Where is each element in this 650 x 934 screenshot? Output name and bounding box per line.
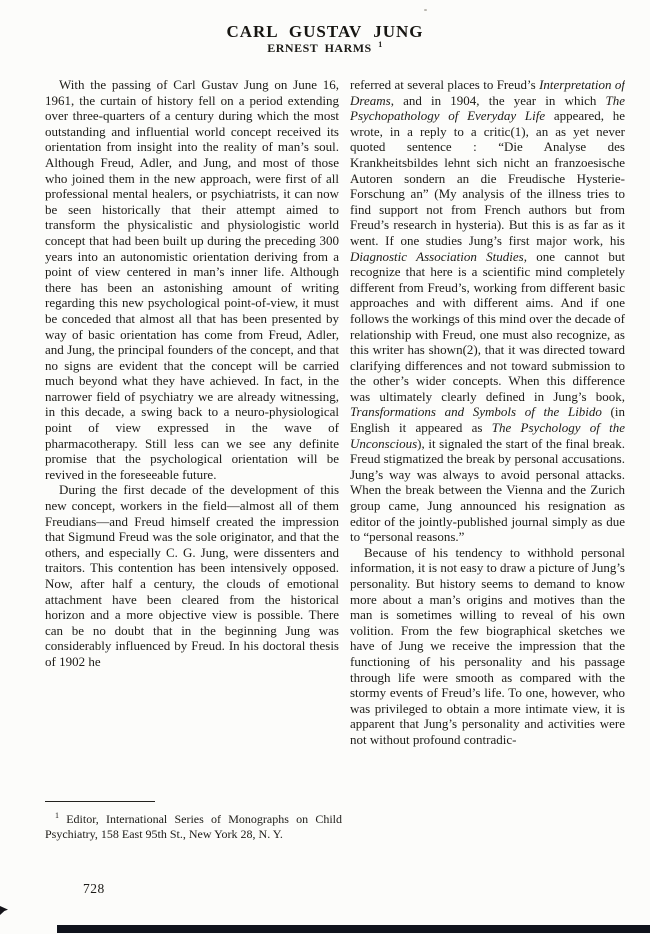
italic-text-run: Diagnostic Association Studies (350, 249, 524, 264)
text-run: With the passing of Carl Gustav Jung on … (45, 77, 339, 482)
paragraph: With the passing of Carl Gustav Jung on … (45, 77, 339, 482)
footnote-text: Editor, International Series of Monograp… (45, 812, 342, 841)
paragraph: referred at several places to Freud’s In… (350, 77, 625, 545)
paragraph: During the first decade of the developme… (45, 482, 339, 669)
text-run: Because of his tendency to withhold pers… (350, 545, 625, 747)
paragraph: Because of his tendency to withhold pers… (350, 545, 625, 748)
footnote: 1 Editor, International Series of Monogr… (45, 809, 342, 841)
italic-text-run: Transformations and Symbols of the Libid… (350, 404, 602, 419)
scan-artifact-mark (0, 906, 8, 915)
text-run: During the first decade of the developme… (45, 482, 339, 669)
footnote-marker: 1 (55, 811, 59, 820)
scan-artifact-bar (57, 925, 650, 933)
text-column-left: With the passing of Carl Gustav Jung on … (45, 77, 339, 798)
text-run: appeared, he wrote, in a reply to a crit… (350, 108, 625, 248)
text-run: , one cannot but recognize that here is … (350, 249, 625, 404)
text-run: ), it signaled the start of the final br… (350, 436, 625, 545)
author-footnote-marker: 1 (378, 40, 383, 49)
author-byline: ERNEST HARMS 1 (0, 40, 650, 56)
text-run: referred at several places to Freud’s (350, 77, 539, 92)
author-name: ERNEST HARMS (267, 41, 371, 55)
journal-page: CARL GUSTAV JUNG ERNEST HARMS 1 With the… (0, 0, 650, 934)
footnote-divider (45, 801, 155, 802)
text-column-right: referred at several places to Freud’s In… (350, 77, 625, 869)
two-column-body: With the passing of Carl Gustav Jung on … (45, 77, 625, 869)
text-run: , and in 1904, the year in which (391, 93, 606, 108)
page-number: 728 (83, 881, 105, 897)
scan-speck (424, 9, 427, 11)
